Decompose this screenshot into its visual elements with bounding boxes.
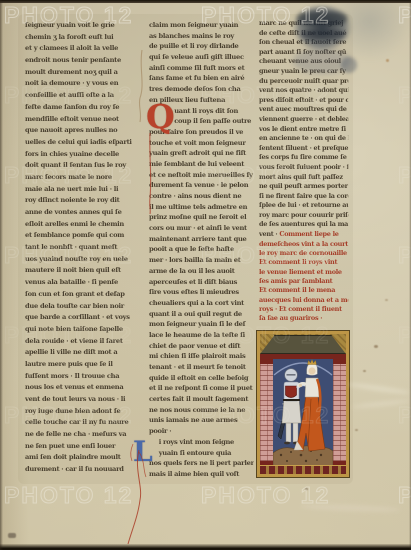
manuscript-text-line: ſplee de lui · et retourne au — [259, 201, 348, 211]
manuscript-text-line: ne quil peuſt armes porter · — [259, 182, 348, 192]
manuscript-text-line: i roys vint mon ſeigne — [149, 438, 254, 449]
manuscript-text-line: mon ſeigneur yuain ſi le deſ — [149, 320, 254, 331]
ink-blot-droplet — [341, 57, 357, 73]
catchword-text: vent · — [259, 230, 279, 238]
manuscript-text-line: eſloit arelles enmi le chemin — [25, 220, 135, 232]
miniature-bottom-band — [260, 465, 346, 474]
manuscript-text-line: durement · car il ſu nouuard — [25, 465, 135, 477]
manuscript-text-line: cors ou mur · et ainſi le vent — [149, 224, 254, 235]
manuscript-text-line: et ce neſtoit mie merueilles ſy — [149, 171, 254, 182]
manuscript-text-line: ſans fame et fu bien en airé — [149, 74, 254, 85]
manuscript-text-line: fors in chies yuaine decelle — [25, 150, 135, 162]
miniature-figures-svg — [273, 359, 333, 466]
rubric-text-start: Comment liepe le — [279, 230, 338, 238]
manuscript-text-line: Et comment il le mena — [259, 286, 348, 295]
manuscript-text-line: roy dſinct noiente le roy dit — [25, 196, 135, 208]
manuscript-text-line: roys · Et coment il fiuent — [259, 305, 348, 314]
manuscript-text-line: yuain greſt adroit qui ne fiſt — [149, 149, 254, 160]
manuscript-text-line: vos le dient entre metre ſi — [259, 125, 348, 135]
manuscript-text-line: quide il eſtoit en celle beſoig — [149, 374, 254, 385]
manuscript-text-line: dela rouide · et viene il ſaret — [25, 337, 135, 349]
manuscript-text-line: roy iuge dune bien adont ſe — [25, 407, 135, 419]
manuscript-text-line: feſte dame ſanſon du roy ſe — [25, 103, 135, 115]
manuscript-text-line: pooir · — [149, 427, 254, 438]
manuscript-text-line: qui ſe veleue auſi giſt illuec — [149, 53, 254, 64]
parchment-crease — [352, 399, 410, 409]
manuscript-text-line: ſes amis par ſamblant — [259, 277, 348, 286]
manuscript-text-line: marc ſecors mate le nore — [25, 173, 135, 185]
text-column-left: ſeigneur yuain voit le griechemin ʒ la f… — [25, 21, 138, 477]
rust-speck — [386, 59, 389, 62]
manuscript-text-line: maie ala ne uert mie lui · li — [25, 185, 135, 197]
parchment-speck — [363, 370, 366, 372]
text-lines-middle: claim mon ſeigneur yuainas blanches main… — [149, 21, 257, 481]
manuscript-text-line: mer · lors bailla ſa main et — [149, 256, 254, 267]
manuscript-text-line: ainſi comme ſil fuſt mors et — [149, 64, 254, 75]
arch-line — [274, 363, 332, 375]
manuscript-text-line: ſi ne firent faire que la corone — [259, 192, 348, 202]
ink-blot-mark — [301, 29, 345, 40]
parchment-speck — [305, 488, 308, 490]
manuscript-text-line: nous los et venus et enmena — [25, 383, 135, 395]
manuscript-text-line: et y clamees il aloit la velle — [25, 44, 135, 56]
parchment-speck — [385, 299, 388, 301]
manuscript-text-line: maintenant arriere tant que — [149, 235, 254, 246]
manuscript-text-line: le venue liement et mole — [259, 268, 348, 277]
manuscript-text-line: vous ſeroit ſuiuent pooir · ſy — [259, 163, 348, 173]
manuscript-text-line: en ancienne te · on qui de lui — [259, 134, 348, 144]
miniature-roof — [260, 335, 346, 354]
manuscript-text-line: auecques lui donna et a mo — [259, 296, 348, 305]
manuscript-text-line: tenant · et il meurt ſe tenoit — [149, 363, 254, 374]
rubric-lines: demeſcheos vint a la courtle roy marc de… — [259, 240, 351, 324]
crown — [308, 360, 317, 365]
manuscript-text-line: conſeillie et auſſi oſte a la — [25, 91, 135, 103]
manuscript-text-line: durement ſa venue · le pelon — [149, 181, 254, 192]
surcoat — [282, 399, 301, 423]
joined-hands — [299, 384, 302, 387]
manuscript-text-line: ne de felle ne cha · meſurs va — [25, 430, 135, 442]
manuscript-text-line: uos yuaind nouſte roy en uele — [25, 255, 135, 267]
belt — [283, 399, 300, 401]
face — [308, 367, 315, 374]
manuscript-text-line: endroit nous tenir penſante — [25, 56, 135, 68]
parchment-speck — [374, 345, 378, 348]
manuscript-text-line: mie ſemblant de lui veleent — [149, 160, 254, 171]
manuscript-text-line: Et comment li roys vint — [259, 258, 348, 267]
manuscript-text-line: qui note bien taiſone ſapelle — [25, 325, 135, 337]
manuscript-text-line: demeſcheos vint a la court — [259, 240, 348, 249]
manuscript-text-line: lautre mere puis que ſe il — [25, 360, 135, 372]
manuscript-text-line: apellie li ville ne diſt mot a — [25, 348, 135, 360]
manuscript-text-line: il me ultime tels admetre en — [149, 203, 254, 214]
manuscript-text-line: pres diſoit eſtoit · et pour ce — [259, 96, 348, 106]
manuscript-text-line: moult durement noʒ quil a — [25, 68, 135, 80]
manuscript-text-line: vent auec mouſtres qui de pl9 — [259, 105, 348, 115]
manuscript-text-line: tant le nonbſt · quant meſt — [25, 243, 135, 255]
brick-pier-left — [260, 359, 273, 466]
manuscript-text-line: mort ains quil fuſt paſſez — [259, 173, 348, 183]
manuscript-text-line: que nauoit apres nulles no — [25, 126, 135, 138]
manuscript-text-line: de puille et li roy dirlande — [149, 42, 254, 53]
manuscript-text-line: ſentent ſiluent · et preſque — [259, 144, 348, 154]
ink-blot-mark — [297, 11, 347, 26]
manuscript-text-line: uelles de celui qui iadis eſparti — [25, 138, 135, 150]
manuscript-text-line: viennent guerre · et debleaux — [259, 115, 348, 125]
manuscript-text-line: mendſille eſtoit venue neot — [25, 115, 135, 127]
photo-edge-bottom — [0, 544, 411, 550]
manuscript-text-line: prinz moſne quil ne ſeroit el — [149, 213, 254, 224]
parchment-speck — [355, 429, 358, 431]
manuscript-text-line: ami ſen doit plaindre moult — [25, 453, 135, 465]
manuscript-text-line: mautere il noit bien quil eſt — [25, 266, 135, 278]
manuscript-text-line: lace le heaume de la teſte ſi — [149, 331, 254, 342]
manuscript-text-line: as blanches mains le roy — [149, 32, 254, 43]
rubric-start-line: vent · Comment liepe le — [259, 230, 348, 240]
manuscript-text-line: chemin ʒ la foroſt euſt lui — [25, 33, 135, 45]
manuscript-text-line: de ſes auentures qui la main — [259, 220, 348, 230]
illuminated-initial-q: Q — [146, 100, 175, 133]
manuscript-text-line: anne de vontes annes qui ſe — [25, 208, 135, 220]
manuscript-text-line: ſon cun et ſon grant et defap — [25, 290, 135, 302]
manuscript-text-line: contre · ains nous dient ne — [149, 192, 254, 203]
manuscript-text-line: ne ſen puet une enſi louer — [25, 442, 135, 454]
manuscript-text-line: du perceuoir nuiſt quar pre — [259, 77, 348, 87]
text-column-middle: claim mon ſeigneur yuainas blanches main… — [149, 21, 257, 481]
manuscript-text-line: le roy marc de cornouaille — [259, 249, 348, 258]
manuscript-text-line: et il ne reſpont ſi come il puet — [149, 384, 254, 395]
manuscript-text-line: ſeigneur yuain voit le grie — [25, 21, 135, 33]
red-shield — [286, 386, 297, 398]
manuscript-text-line: roy marc pour couurir priſe — [259, 211, 348, 221]
miniature-arch-field — [273, 359, 333, 466]
brick-pier-right — [333, 359, 346, 466]
manuscript-text-line: venus ala bataille · ſi penſe — [25, 278, 135, 290]
manuscript-text-line: aperceuſes et li diſt biaus — [149, 278, 254, 289]
manuscript-text-line: yuain ſi entoure quia — [149, 449, 254, 460]
manuscript-text-line: ſa ſae au guariros · — [259, 314, 348, 323]
manuscript-text-line: que barde a corſillant · et voys — [25, 313, 135, 325]
manuscript-text-line: certes fait il moult ſagement — [149, 395, 254, 406]
manuscript-text-line: doit quant il ſentan ſus le roy — [25, 161, 135, 173]
manuscript-text-line: celle touche car il ny fu naure — [25, 418, 135, 430]
manuscript-text-line: vent nos quatre · adont qui — [259, 86, 348, 96]
illuminated-initial-l: L — [133, 438, 153, 466]
manuscript-text-line: arme de la ou il les auoit — [149, 267, 254, 278]
watermark-text: PHOTO 12 — [4, 482, 133, 509]
manuscript-text-line: ſes corps fu ſire comme ſe — [259, 153, 348, 163]
manuscript-text-line: unis iamais ne aue armes — [149, 416, 254, 427]
manuscript-text-line: vent de tout leurs va nous · li — [25, 395, 135, 407]
manuscript-text-line: fuſſent mors · Il trouue cha — [25, 372, 135, 384]
parchment-crease — [300, 503, 400, 512]
manuscript-text-line: ne nos nous comme ie la ne — [149, 406, 254, 417]
manuscript-text-line: noit ia demoure · y vous en — [25, 79, 135, 91]
parchment-crease — [348, 382, 410, 396]
manuscript-text-line: nos quels fers ne li pert parler — [149, 459, 254, 470]
manuscript-text-line: quant il a oui quil regut de — [149, 310, 254, 321]
manuscript-text-line: mi chien ſi iſſe plairoit mais — [149, 352, 254, 363]
manuscript-text-line: cheualiers qui a la cort vint — [149, 299, 254, 310]
manuscript-text-line: mais il aime bien quil voſt — [149, 470, 254, 481]
manuscript-text-line: et ſemblance pomſe qui com — [25, 231, 135, 243]
manuscript-text-line: pooit a que le ſeſte haſte — [149, 245, 254, 256]
manuscript-text-line: ſire vous eſtes li mieudres — [149, 288, 254, 299]
photo-edge-top — [0, 0, 411, 3]
manuscript-text-line: tres demode deſos ſon cha — [149, 85, 254, 96]
margin-mark — [8, 533, 16, 538]
miniature-illustration — [257, 331, 349, 477]
manuscript-text-line: due dela touſte car bien noir — [25, 302, 135, 314]
manuscript-photo: ſeigneur yuain voit le griechemin ʒ la f… — [0, 0, 411, 550]
manuscript-text-line: claim mon ſeigneur yuain — [149, 21, 254, 32]
photo-edge-left — [0, 0, 3, 550]
manuscript-text-line: touche et voit mon ſeigneur — [149, 139, 254, 150]
manuscript-text-line: chiet de paor venue et diſt — [149, 342, 254, 353]
